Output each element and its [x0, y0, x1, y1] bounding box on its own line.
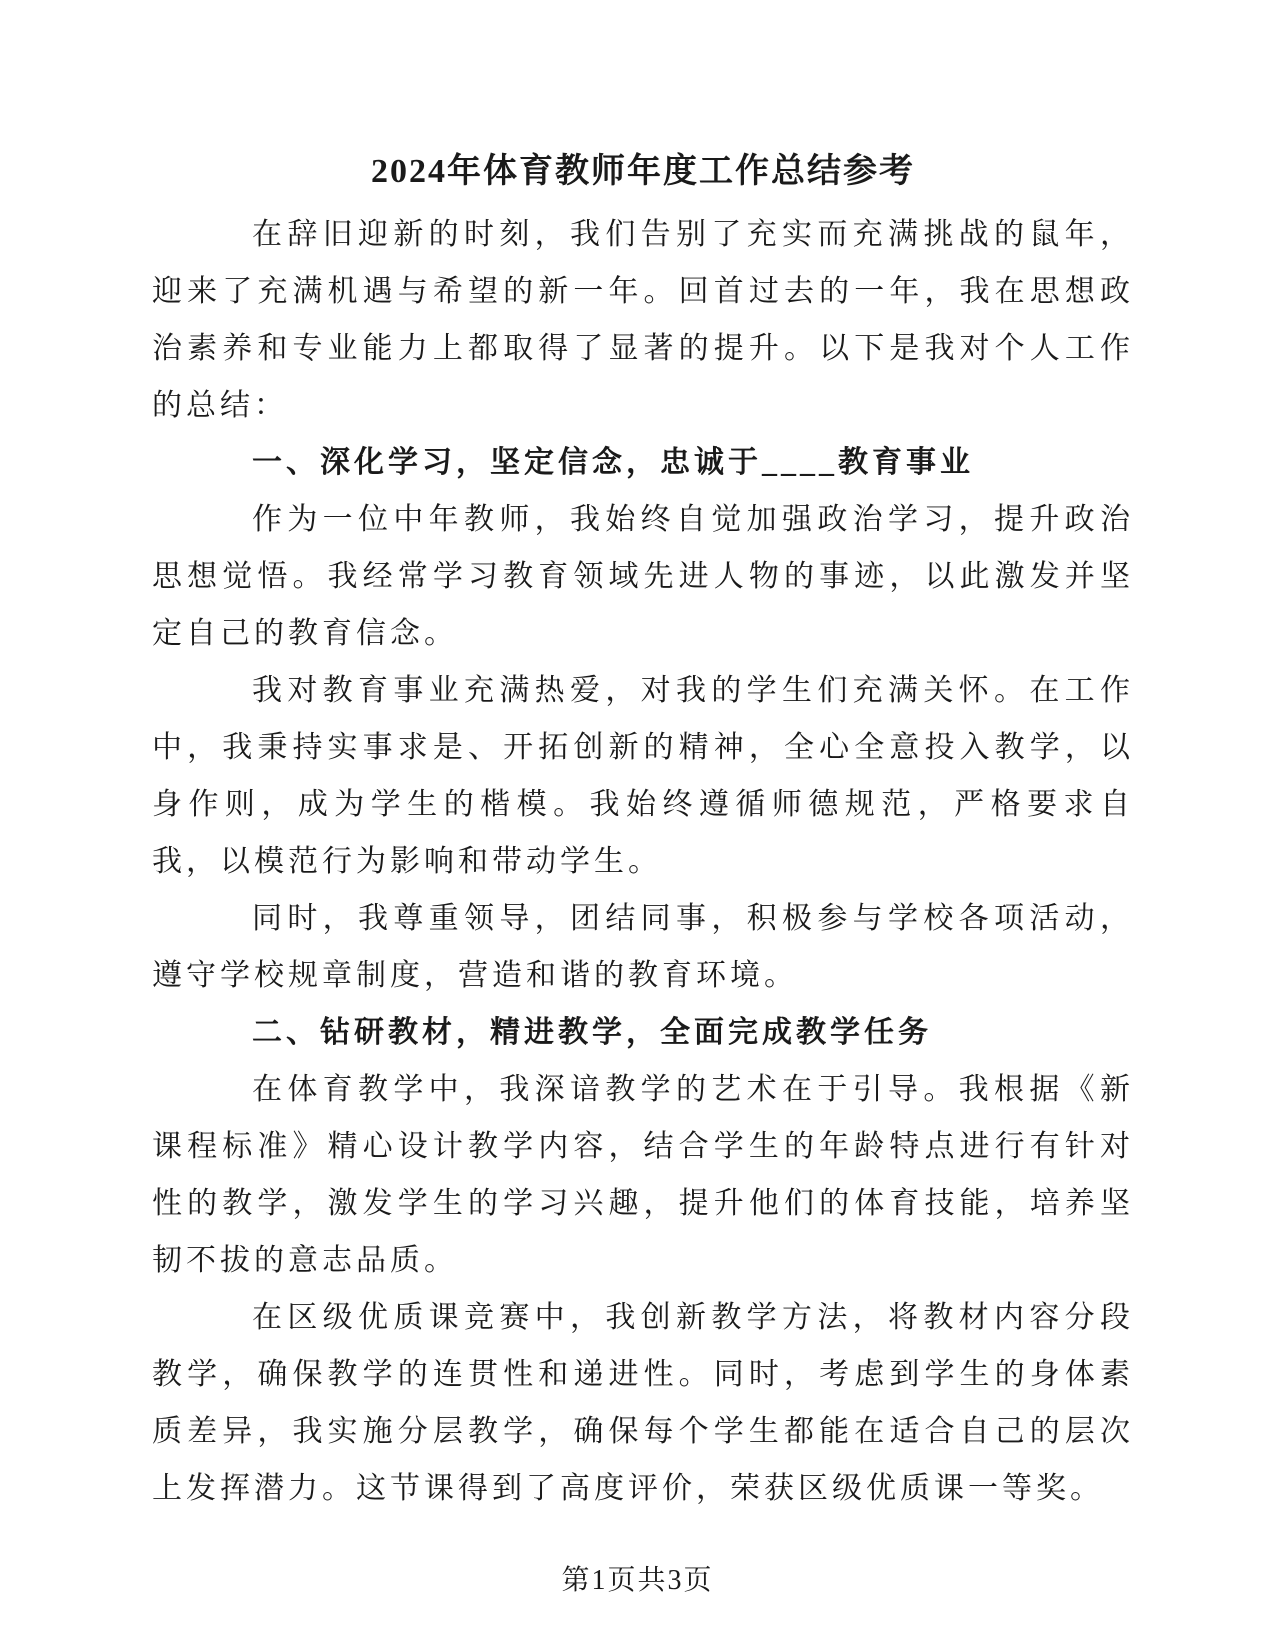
- body-paragraph: 在辞旧迎新的时刻，我们告别了充实而充满挑战的鼠年，迎来了充满机遇与希望的新一年。…: [152, 206, 1134, 434]
- page-title: 2024年体育教师年度工作总结参考: [152, 143, 1134, 200]
- body-paragraph: 在体育教学中，我深谙教学的艺术在于引导。我根据《新课程标准》精心设计教学内容，结…: [152, 1061, 1134, 1289]
- section-heading: 二、钻研教材，精进教学，全面完成教学任务: [152, 1004, 1134, 1061]
- document-body: 在辞旧迎新的时刻，我们告别了充实而充满挑战的鼠年，迎来了充满机遇与希望的新一年。…: [152, 206, 1134, 1517]
- body-paragraph: 在区级优质课竞赛中，我创新教学方法，将教材内容分段教学，确保教学的连贯性和递进性…: [152, 1289, 1134, 1517]
- section-heading: 一、深化学习，坚定信念，忠诚于____教育事业: [152, 434, 1134, 491]
- body-paragraph: 作为一位中年教师，我始终自觉加强政治学习，提升政治思想觉悟。我经常学习教育领域先…: [152, 491, 1134, 662]
- page-number-footer: 第1页共3页: [0, 1564, 1275, 1598]
- body-paragraph: 我对教育事业充满热爱，对我的学生们充满关怀。在工作中，我秉持实事求是、开拓创新的…: [152, 662, 1134, 890]
- document-content: 2024年体育教师年度工作总结参考 在辞旧迎新的时刻，我们告别了充实而充满挑战的…: [152, 143, 1134, 1517]
- body-paragraph: 同时，我尊重领导，团结同事，积极参与学校各项活动，遵守学校规章制度，营造和谐的教…: [152, 890, 1134, 1004]
- document-page: 2024年体育教师年度工作总结参考 在辞旧迎新的时刻，我们告别了充实而充满挑战的…: [0, 0, 1275, 1650]
